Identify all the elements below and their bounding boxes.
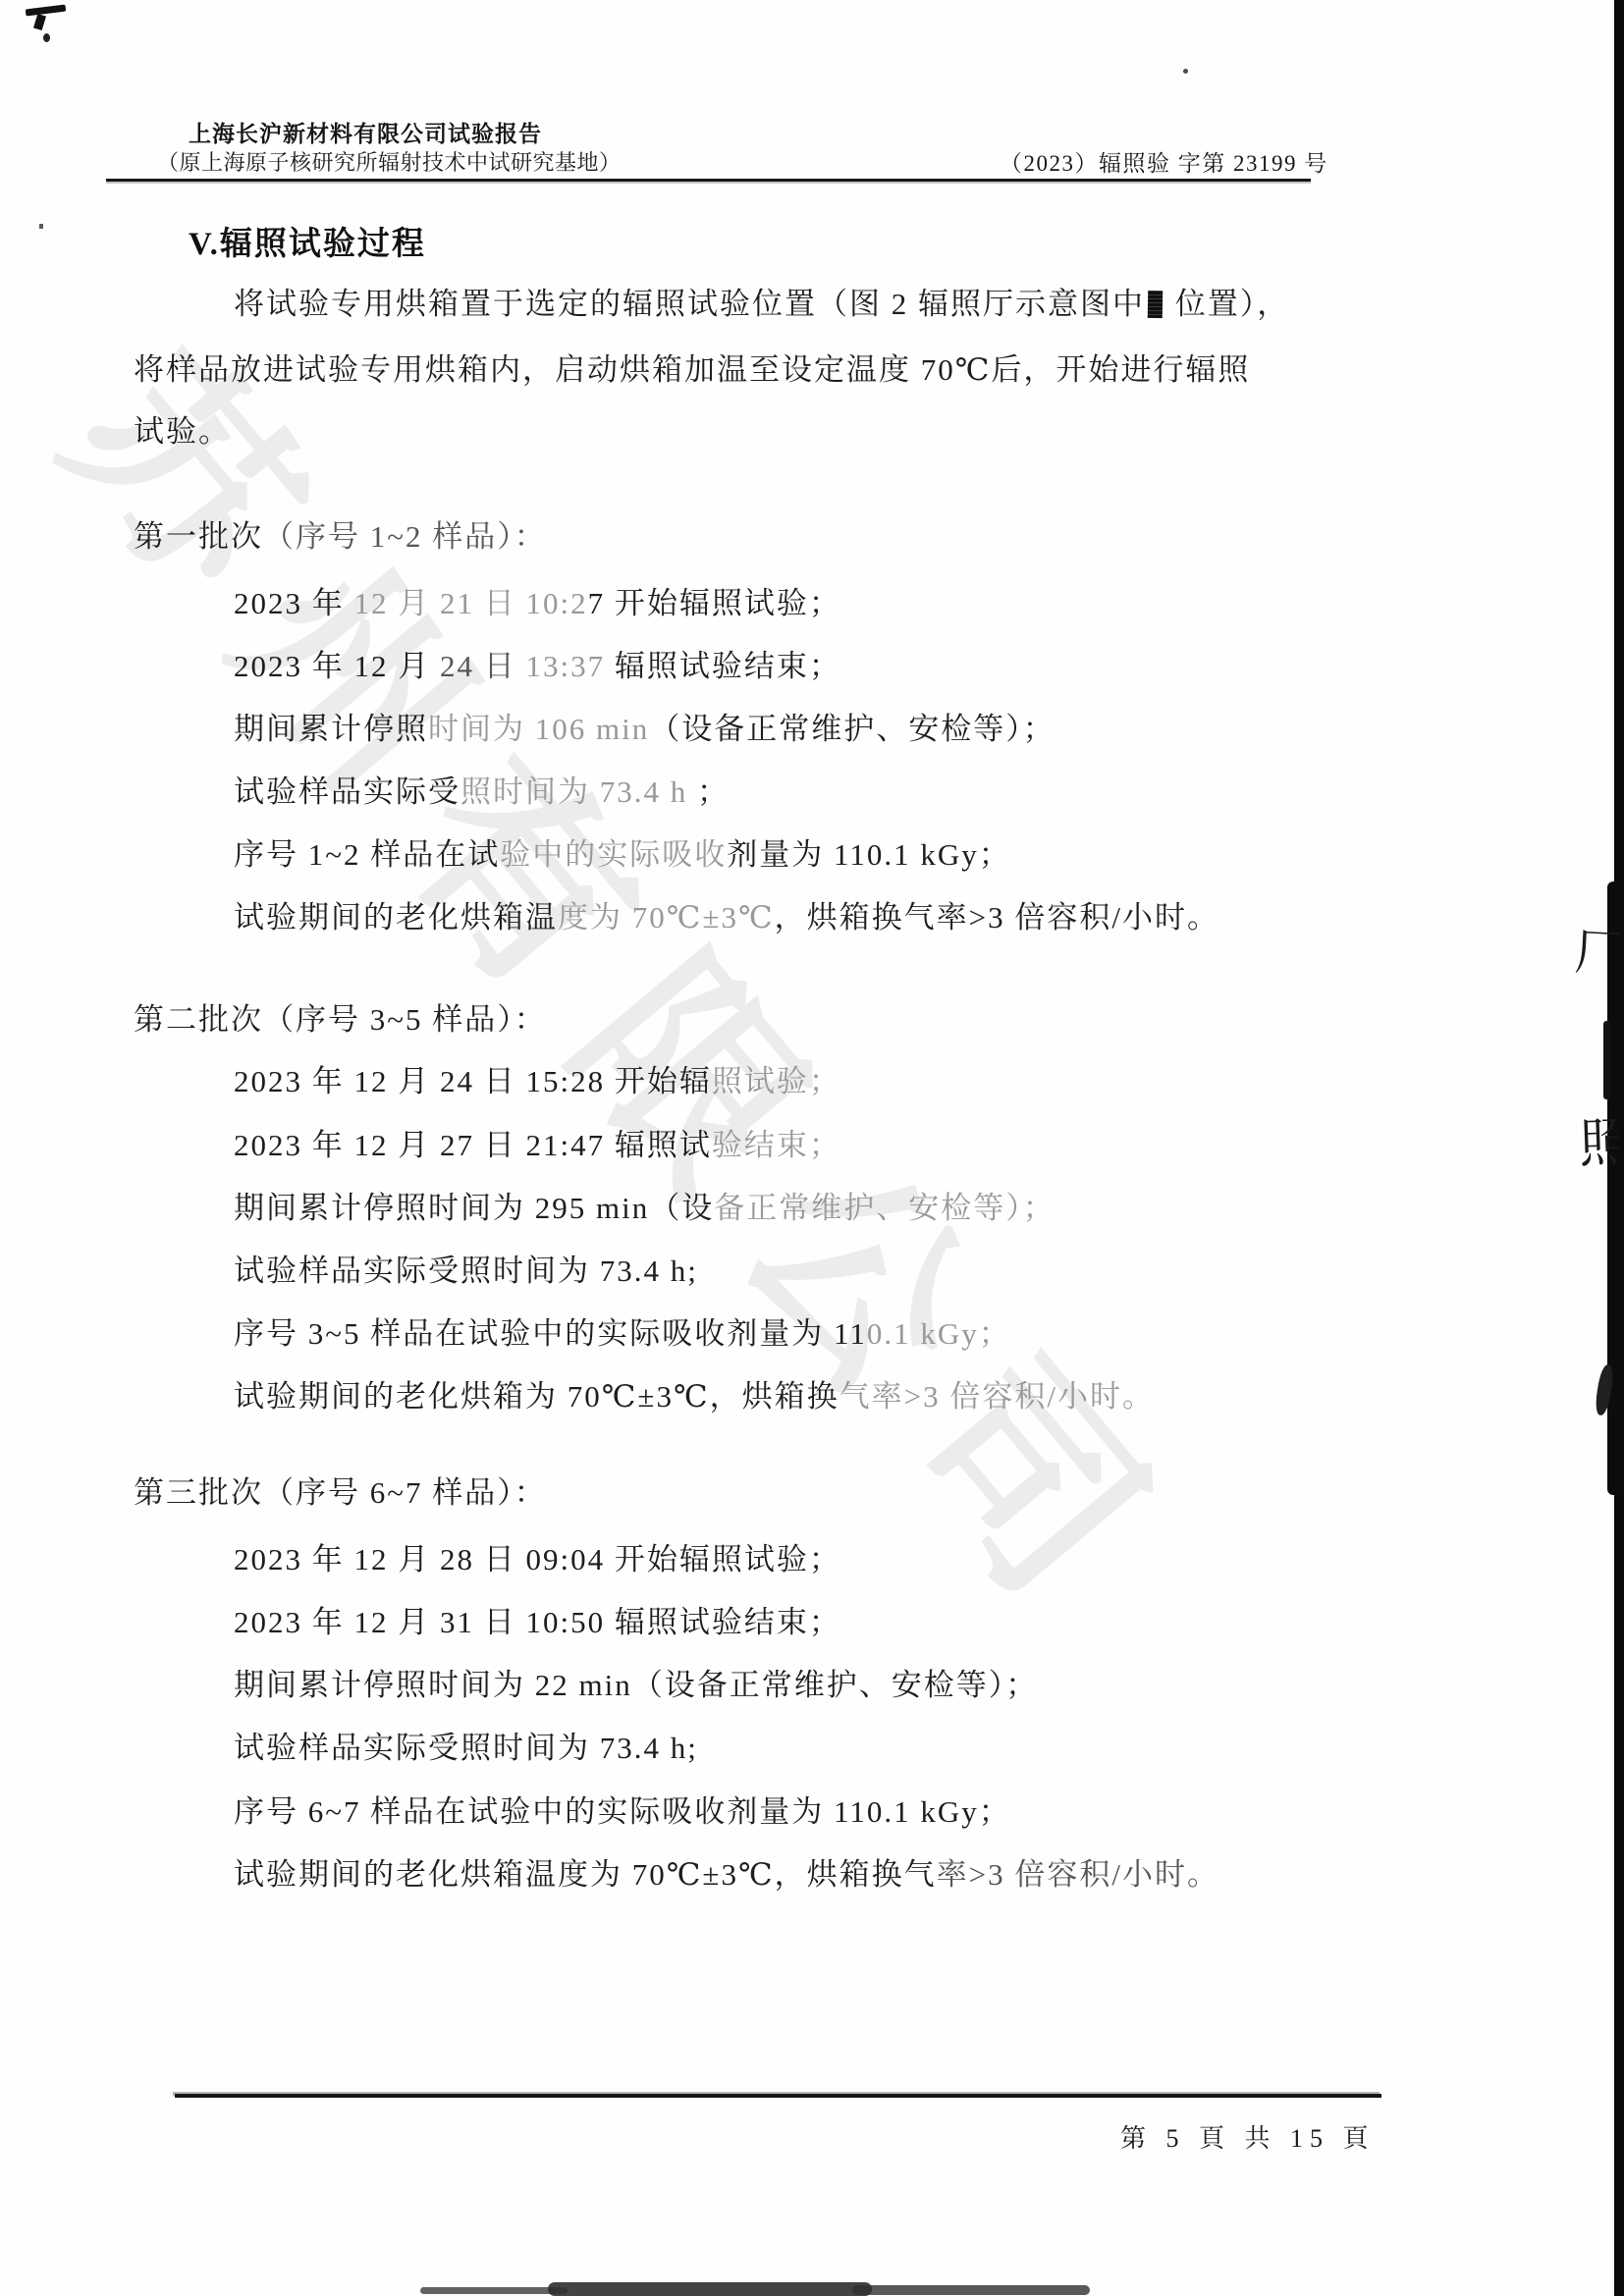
paragraph-line-1: 将试验专用烘箱置于选定的辐照试验位置（图 2 辐照厅示意图中 位置）， — [234, 286, 1289, 323]
text-segment: 气率>3 倍容积/小时。 — [839, 1379, 1155, 1414]
text-segment: 2023 年 12 月 24 日 15:28 开始辐 — [234, 1064, 712, 1098]
scanned-report-page: 苏州有限公司 上海长沪新材料有限公司试验报告 （原上海原子核研究所辐射技术中试研… — [0, 0, 1624, 2296]
batch3-oven: 试验期间的老化烘箱温度为 70℃±3℃，烘箱换气率>3 倍容积/小时。 — [234, 1856, 1219, 1894]
scan-artifact-mark — [33, 14, 46, 30]
batch3-start: 2023 年 12 月 28 日 09:04 开始辐照试验； — [234, 1541, 841, 1578]
edge-ink-stroke — [1603, 1021, 1610, 1099]
batch1-heading: 第一批次（序号 1~2 样品）： — [134, 518, 547, 556]
text-segment: 率>3 倍容积/小时。 — [937, 1857, 1219, 1892]
text-segment: 备正常维护、安检等）； — [714, 1191, 1056, 1225]
batch1-exposure-time: 试验样品实际受照时间为 73.4 h ； — [234, 774, 730, 811]
text-segment: 度为 70℃±3℃ — [558, 900, 775, 934]
edge-ink-fragment-1: 厂 — [1573, 910, 1620, 986]
text-segment: （序号 1~2 样品）： — [263, 519, 547, 554]
text-segment: 2023 年 12 月 31 日 10:50 辐照试验结束； — [234, 1605, 841, 1639]
header-base-line: （原上海原子核研究所辐射技术中试研究基地） — [157, 146, 622, 177]
text-segment: 照试验； — [712, 1064, 841, 1098]
text-segment: 期间累计停照时间为 22 min（设备正常维护、安检等）； — [234, 1668, 1038, 1702]
batch3-dose: 序号 6~7 样品在试验中的实际吸收剂量为 110.1 kGy； — [234, 1793, 1011, 1831]
text-segment: 序号 1~2 样品在试 — [234, 837, 500, 872]
text-segment: 试验样品实际受照时间为 73.4 h; — [234, 1254, 698, 1288]
batch2-end: 2023 年 12 月 27 日 21:47 辐照试验结束； — [234, 1127, 841, 1164]
text-segment: 第三批次（序号 6~7 样品）： — [134, 1475, 547, 1510]
text-segment: 试验样品实际受照时间为 73.4 h; — [234, 1731, 698, 1765]
paragraph-line-3: 试验。 — [134, 413, 231, 451]
text-segment: 验中的实际吸收 — [500, 837, 727, 872]
paragraph-line-2: 将样品放进试验专用烘箱内，启动烘箱加温至设定温度 70℃后，开始进行辐照 — [134, 351, 1250, 389]
scan-artifact-mark — [26, 5, 67, 17]
text-segment: 试验样品实际受 — [234, 774, 460, 809]
text-segment: 剂量为 110.1 kGy； — [727, 837, 1011, 872]
batch1-oven: 试验期间的老化烘箱温度为 70℃±3℃，烘箱换气率>3 倍容积/小时。 — [234, 899, 1219, 936]
text-segment: 将样品放进试验专用烘箱内，启动烘箱加温至设定温度 70℃后，开始进行辐照 — [134, 352, 1250, 387]
batch1-downtime: 期间累计停照时间为 106 min（设备正常维护、安检等）； — [234, 711, 1056, 748]
batch3-downtime: 期间累计停照时间为 22 min（设备正常维护、安检等）； — [234, 1667, 1038, 1704]
text-segment: 2023 年 12 月 27 日 21:47 辐照试 — [234, 1128, 712, 1162]
text-segment: 时间为 106 min — [428, 712, 649, 746]
text-segment: 验结束； — [712, 1128, 841, 1162]
scan-artifact-dot — [1183, 69, 1188, 74]
text-segment: 序号 6~7 样品在试验中的实际吸收剂量为 110.1 kGy； — [234, 1794, 1011, 1829]
batch2-downtime: 期间累计停照时间为 295 min（设备正常维护、安检等）； — [234, 1190, 1056, 1227]
batch2-start: 2023 年 12 月 24 日 15:28 开始辐照试验； — [234, 1063, 841, 1100]
batch2-exposure-time: 试验样品实际受照时间为 73.4 h; — [234, 1253, 698, 1290]
text-segment: 第二批次（序号 3~5 样品）： — [134, 1002, 547, 1037]
batch3-heading: 第三批次（序号 6~7 样品）： — [134, 1474, 547, 1512]
bottom-scan-smudge — [420, 2278, 1090, 2296]
header-company-line: 上海长沪新材料有限公司试验报告 — [189, 116, 542, 148]
text-segment: 第一批次 — [134, 519, 263, 554]
text-segment: 试验期间的老化烘箱为 70℃±3℃，烘箱换 — [234, 1379, 839, 1414]
text-segment: 2023 年 12 月 — [234, 649, 440, 683]
text-segment: ； — [687, 774, 730, 809]
text-segment: 7 开始辐照试验； — [588, 586, 841, 620]
batch1-end: 2023 年 12 月 24 日 13:37 辐照试验结束； — [234, 648, 841, 685]
text-segment: 期间累计停照 — [234, 712, 428, 746]
batch2-dose: 序号 3~5 样品在试验中的实际吸收剂量为 110.1 kGy； — [234, 1315, 1011, 1353]
text-segment: 期间累计停照时间为 295 min（设 — [234, 1191, 714, 1225]
batch3-end: 2023 年 12 月 31 日 10:50 辐照试验结束； — [234, 1604, 841, 1641]
text-segment: 辐照试验结束； — [615, 649, 841, 683]
text-segment: 试验期间的老化烘箱温度为 70℃±3℃，烘箱换气 — [234, 1857, 937, 1892]
scan-artifact-dot — [43, 33, 50, 42]
text-segment: 12 月 21 日 10:2 — [354, 586, 588, 620]
batch2-oven: 试验期间的老化烘箱为 70℃±3℃，烘箱换气率>3 倍容积/小时。 — [234, 1378, 1155, 1415]
batch3-exposure-time: 试验样品实际受照时间为 73.4 h; — [234, 1730, 698, 1767]
footer-rule — [175, 2094, 1381, 2098]
batch2-heading: 第二批次（序号 3~5 样品）： — [134, 1001, 547, 1039]
text-segment: 2023 年 12 月 28 日 09:04 开始辐照试验； — [234, 1542, 841, 1576]
header-rule — [106, 179, 1311, 182]
page-number: 第 5 頁 共 15 頁 — [1120, 2118, 1376, 2155]
scan-artifact-dot — [39, 224, 43, 229]
position-marker-block — [1148, 291, 1163, 318]
text-segment: （设备正常维护、安检等）； — [649, 712, 1056, 746]
text-segment: 24 日 — [440, 649, 526, 683]
text-segment: 照时间为 73.4 h — [460, 774, 687, 809]
text-segment: 位置）， — [1165, 287, 1289, 321]
text-segment: 试验。 — [134, 414, 231, 449]
batch1-start: 2023 年 12 月 21 日 10:27 开始辐照试验； — [234, 585, 841, 622]
text-segment: 序号 3~5 样品在试验中的实际吸收剂量为 11 — [234, 1316, 867, 1351]
edge-ink-fragment-2: 照 — [1578, 1100, 1620, 1177]
text-segment: 试验期间的老化烘箱温 — [234, 900, 558, 934]
text-segment: 将试验专用烘箱置于选定的辐照试验位置（图 2 辐照厅示意图中 — [234, 287, 1145, 321]
batch1-dose: 序号 1~2 样品在试验中的实际吸收剂量为 110.1 kGy； — [234, 836, 1011, 874]
header-report-number: （2023）辐照验 字第 23199 号 — [1000, 145, 1328, 178]
section-title: V.辐照试验过程 — [189, 218, 426, 264]
text-segment: ，烘箱换气率>3 倍容积/小时。 — [775, 900, 1219, 934]
text-segment: 13:37 — [526, 649, 615, 683]
text-segment: 2023 年 — [234, 586, 354, 620]
text-segment: 0.1 kGy； — [867, 1316, 1011, 1351]
